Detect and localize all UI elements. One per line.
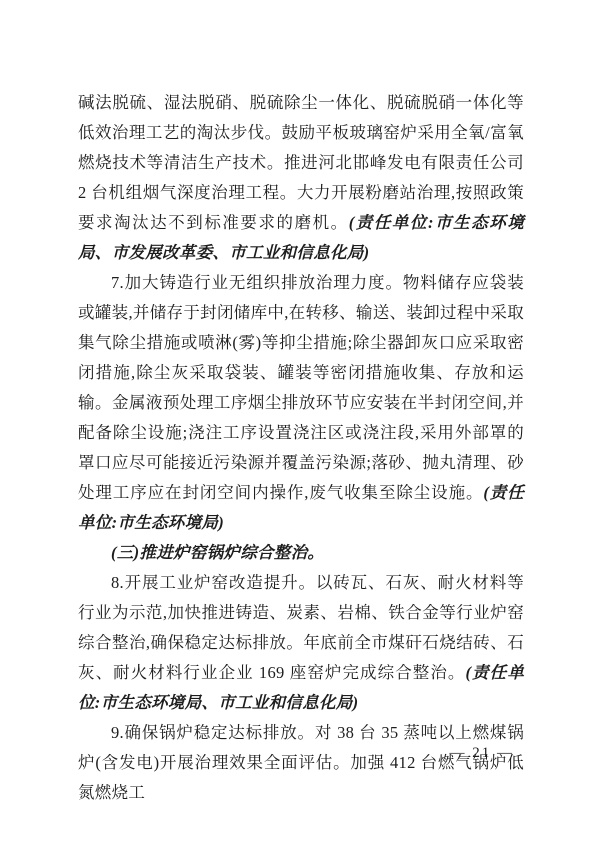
paragraph-text: 7.加大铸造行业无组织排放治理力度。物料储存应袋装或罐装,并储存于封闭储库中,在… <box>78 273 524 502</box>
document-body: 碱法脱硫、湿法脱硝、脱硫除尘一体化、脱硫脱硝一体化等低效治理工艺的淘汰步伐。鼓励… <box>78 88 524 808</box>
paragraph-item-9: 9.确保锅炉稳定达标排放。对 38 台 35 蒸吨以上燃煤锅炉(含发电)开展治理… <box>78 718 524 808</box>
paragraph-text: 碱法脱硫、湿法脱硝、脱硫除尘一体化、脱硫脱硝一体化等低效治理工艺的淘汰步伐。鼓励… <box>78 93 524 232</box>
paragraph-item-8: 8.开展工业炉窑改造提升。以砖瓦、石灰、耐火材料等行业为示范,加快推进铸造、炭素… <box>78 568 524 718</box>
paragraph-text: 9.确保锅炉稳定达标排放。对 38 台 35 蒸吨以上燃煤锅炉(含发电)开展治理… <box>78 723 524 802</box>
section-heading: (三)推进炉窑锅炉综合整治。 <box>78 538 524 568</box>
page-number: — 21 — <box>450 744 515 762</box>
document-page: 碱法脱硫、湿法脱硝、脱硫除尘一体化、脱硫脱硝一体化等低效治理工艺的淘汰步伐。鼓励… <box>0 0 600 848</box>
paragraph-continuation: 碱法脱硫、湿法脱硝、脱硫除尘一体化、脱硫脱硝一体化等低效治理工艺的淘汰步伐。鼓励… <box>78 88 524 268</box>
paragraph-item-7: 7.加大铸造行业无组织排放治理力度。物料储存应袋装或罐装,并储存于封闭储库中,在… <box>78 268 524 538</box>
paragraph-text: 8.开展工业炉窑改造提升。以砖瓦、石灰、耐火材料等行业为示范,加快推进铸造、炭素… <box>78 573 524 682</box>
